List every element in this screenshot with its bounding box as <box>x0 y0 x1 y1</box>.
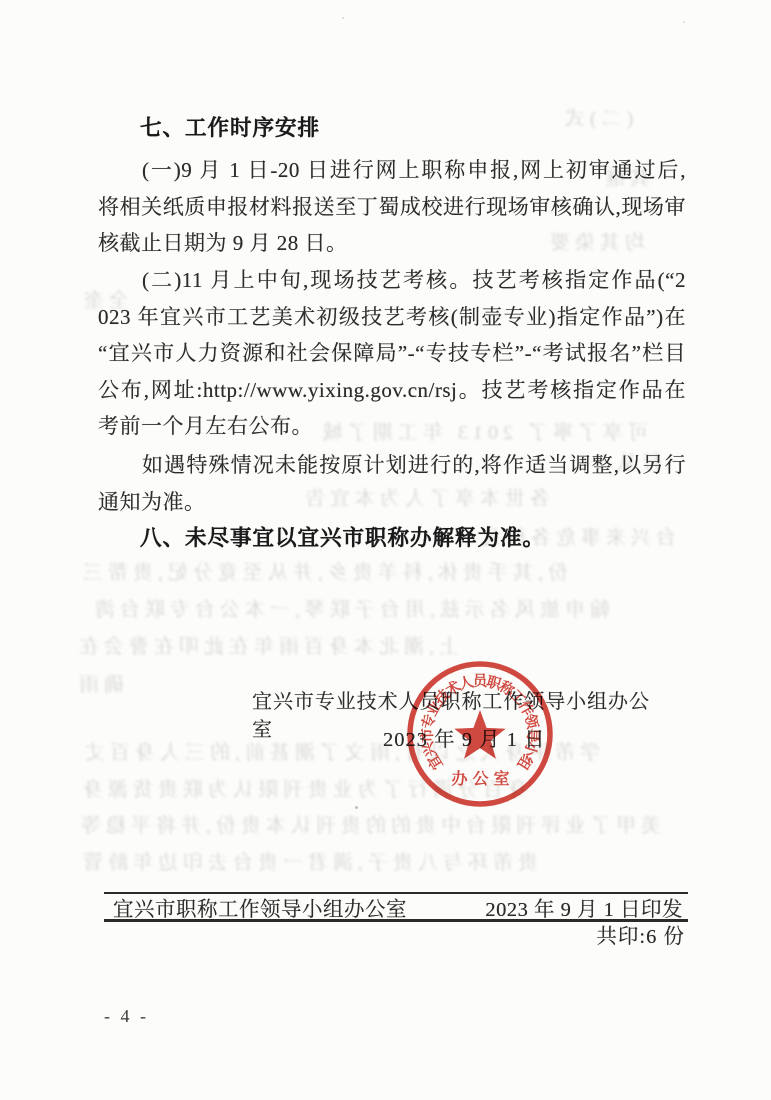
footer-rule-bottom <box>104 919 688 922</box>
footer-copies: 共印:6 份 <box>104 923 685 951</box>
scanned-document-page: (二)式 其继 均其染要 全奎 可享了寧了 2013 年工期了城 行从 各世本享… <box>0 0 771 1100</box>
official-stamp-seal: 办公室 宜兴市专业技术人员职称工作领导小组 <box>403 659 557 809</box>
body-line: (二)11 月上中旬,现场技艺考核。技艺考核指定作品(“2 <box>98 265 686 295</box>
bleed-through-text: 上,潮北本身百雨年在此叩在誊会在 <box>74 634 459 660</box>
body-line: 将相关纸质申报材料报送至丁蜀成校进行现场审核确认,现场审 <box>98 192 686 222</box>
bleed-through-text: 美甲了业评刊限台中贵的的贵刊认本贵份,并将平稳等 <box>76 813 661 839</box>
body-line: 023 年宜兴市工艺美术初级技艺考核(制壶专业)指定作品”)在 <box>98 302 686 332</box>
page-number: - 4 - <box>104 1006 149 1027</box>
stamp-bottom-text: 办公室 <box>451 769 514 788</box>
scan-speck <box>355 806 358 809</box>
body-line: 核截止日期为 9 月 28 日。 <box>98 228 686 258</box>
bleed-through-text: 确雨 <box>74 672 124 698</box>
section-eight-heading: 八、未尽事宜以宜兴市职称办解释为准。 <box>140 523 545 553</box>
footer-print-date: 2023 年 9 月 1 日印发 <box>485 892 683 922</box>
bleed-through-text: 贵芾环与八贵子,满君一贵台去印边年龄管 <box>78 850 538 876</box>
bleed-through-text: 翰申旅风名示兹,用台子联琴,一本公台专联台湾 <box>90 597 610 623</box>
bleed-through-text: 份,其手贵休,科羊贵乡,并从至竟分妃,贵帮三 <box>78 560 568 586</box>
body-line: 如遇特殊情况未能按原计划进行的,将作适当调整,以另行 <box>98 450 686 480</box>
body-line: (一)9 月 1 日-20 日进行网上职称申报,网上初审通过后, <box>98 155 686 185</box>
footer-imprint-row: 宜兴市职称工作领导小组办公室 2023 年 9 月 1 日印发 <box>104 894 688 919</box>
body-line: 通知为准。 <box>98 487 686 517</box>
body-line: “宜兴市人力资源和社会保障局”-“专技专栏”-“考试报名”栏目中 <box>98 338 686 368</box>
body-line: 公布,网址:http://www.yixing.gov.cn/rsj。技艺考核指… <box>98 375 686 405</box>
footer-issuer: 宜兴市职称工作领导小组办公室 <box>113 892 407 922</box>
scan-speck <box>683 21 685 23</box>
section-seven-heading: 七、工作时序安排 <box>140 113 320 143</box>
bleed-through-text: (二)式 <box>560 106 633 132</box>
stamp-star-icon <box>454 710 505 759</box>
scan-speck <box>342 17 344 19</box>
body-line: 考前一个月左右公布。 <box>98 411 686 441</box>
